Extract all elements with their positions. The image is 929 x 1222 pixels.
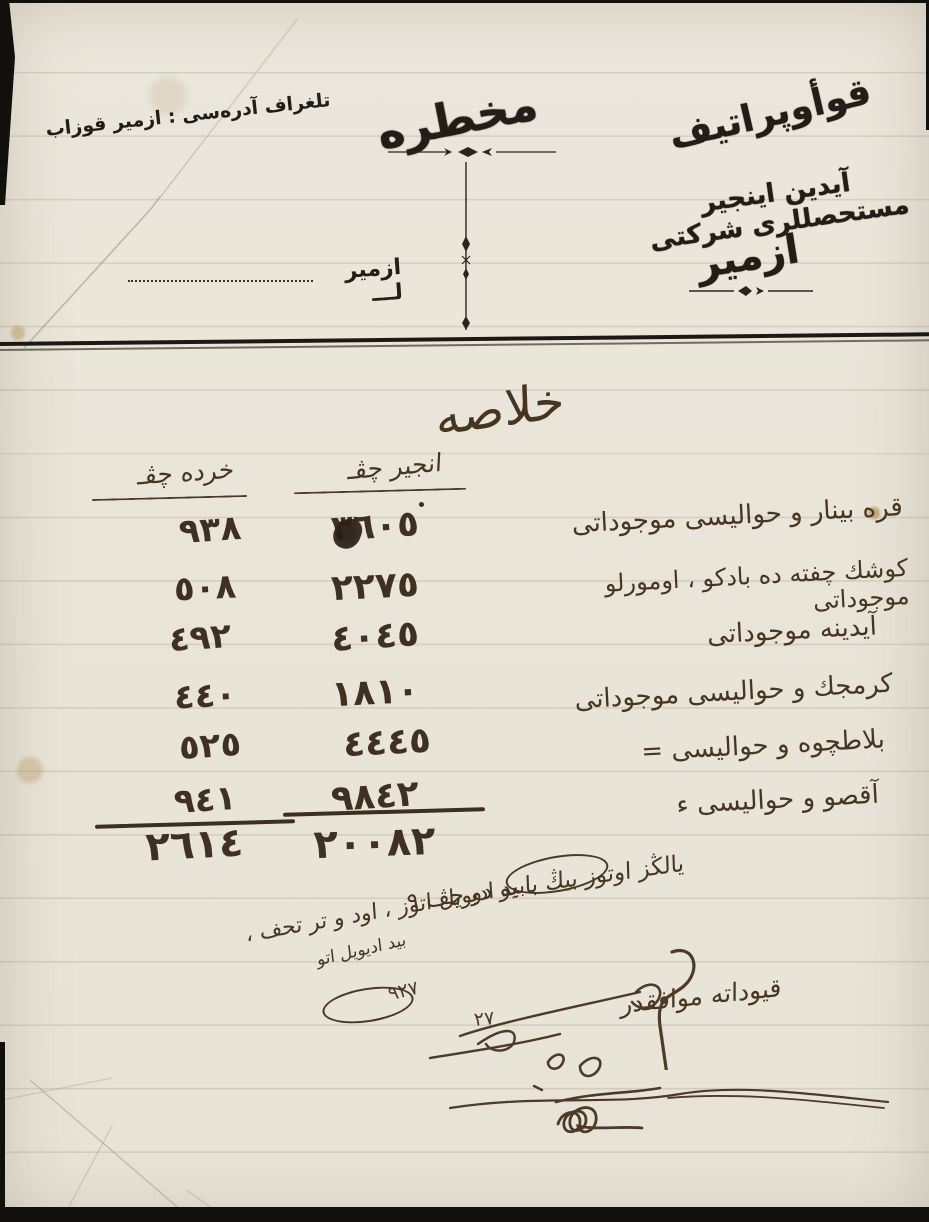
scan-edge-left-bottom	[0, 1042, 5, 1222]
scan-edge-top	[0, 0, 929, 3]
ink-dot	[419, 502, 424, 507]
dateline-place: ازمير لـــ	[310, 255, 403, 311]
bottom-signature	[430, 1040, 900, 1170]
hurda-value-row4: ٤٤٠	[129, 672, 281, 720]
letterhead-flourish-right	[686, 283, 816, 299]
total-hurda: ٢٦١٤	[111, 818, 278, 873]
scan-edge-bottom	[0, 1207, 929, 1222]
dateline-dots	[128, 280, 313, 282]
hurda-value-row2: ٥٠٨	[129, 564, 281, 612]
scanned-memo-page: قوأوپراتيف آيدين اينجير مستحصللرى شركتى …	[0, 0, 929, 1222]
attestation-date-day: ٢٧	[473, 1007, 496, 1031]
memo-title-ornament	[386, 144, 558, 160]
divider-vertical-ornament	[458, 160, 474, 334]
total-incir: ٢٠٠٨٢	[281, 817, 467, 869]
